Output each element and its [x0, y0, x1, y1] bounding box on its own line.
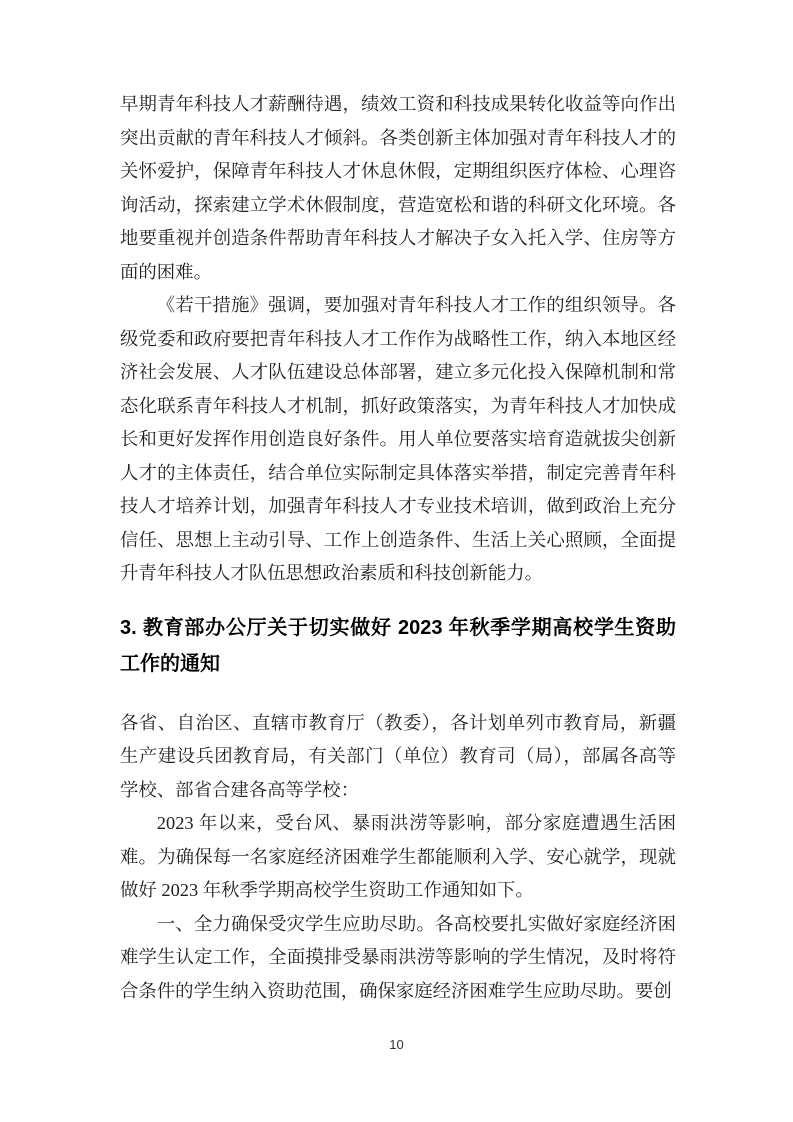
- body-paragraph: 2023 年以来，受台风、暴雨洪涝等影响，部分家庭遭遇生活困难。为确保每一名家庭…: [120, 807, 676, 908]
- body-paragraph: 一、全力确保受灾学生应助尽助。各高校要扎实做好家庭经济困难学生认定工作，全面摸排…: [120, 908, 676, 1009]
- document-page: 早期青年科技人才薪酬待遇，绩效工资和科技成果转化收益等向作出突出贡献的青年科技人…: [0, 0, 793, 1122]
- body-paragraph: 《若干措施》强调，要加强对青年科技人才工作的组织领导。各级党委和政府要把青年科技…: [120, 289, 676, 591]
- body-paragraph-continuation: 早期青年科技人才薪酬待遇，绩效工资和科技成果转化收益等向作出突出贡献的青年科技人…: [120, 88, 676, 289]
- page-number: 10: [0, 1037, 793, 1052]
- document-content: 早期青年科技人才薪酬待遇，绩效工资和科技成果转化收益等向作出突出贡献的青年科技人…: [120, 88, 676, 1008]
- section-heading: 3. 教育部办公厅关于切实做好 2023 年秋季学期高校学生资助工作的通知: [120, 610, 676, 682]
- salutation-paragraph: 各省、自治区、直辖市教育厅（教委），各计划单列市教育局，新疆生产建设兵团教育局，…: [120, 707, 676, 808]
